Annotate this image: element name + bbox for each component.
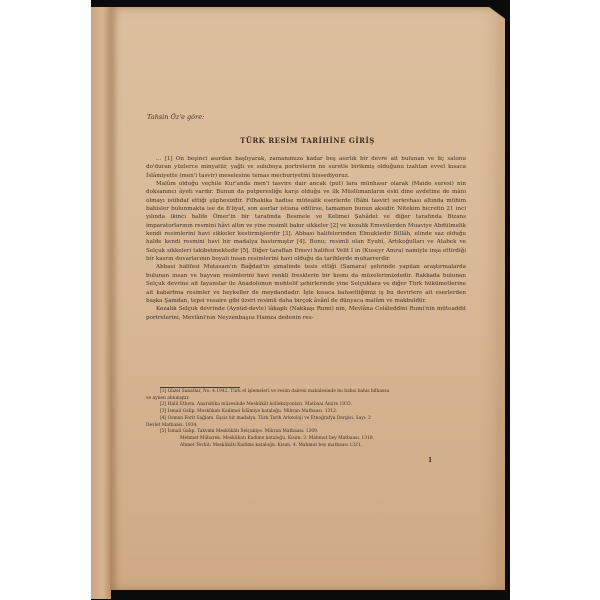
underlying-page-edge [91, 7, 111, 599]
footnote-5-sub-1: Mehmet Mübarek. Meskûkatı Kadime kataloğ… [146, 436, 466, 443]
paragraph: ... [1] On beşinci asırdan başlıyarak, z… [146, 155, 466, 180]
paragraph: Kezalik Selçuk devrinde (Aynüd-devle) lâ… [146, 305, 466, 322]
body-text: ... [1] On beşinci asırdan başlıyarak, z… [146, 155, 466, 322]
footnote-3: [3] İsmail Galip. Meskûkatı Kadimei İslâ… [146, 409, 466, 416]
page-title: TÜRK RESİM TARİHİNE GİRİŞ [110, 136, 505, 145]
footnotes: [1] Güzel Sanatlar, No. 4.1942. Türk el … [146, 389, 466, 449]
paragraph: Malûm olduğu veçhile Kur'anda men'i tasv… [146, 180, 466, 263]
page-number: 1 [428, 457, 432, 464]
footnote-divider [160, 387, 240, 388]
footnote-1: [1] Güzel Sanatlar, No. 4.1942. Türk el … [146, 389, 466, 396]
footnote-5-sub-2: Ahmet Tevhit: Meskûkâtı Kadime kataloğu.… [146, 443, 466, 450]
attribution: Tahsin Öz'e göre: [147, 113, 204, 121]
footnote-4: [4] Osman Ferit Sağlam. Eşsiz bir madaly… [146, 416, 466, 423]
footnote-5: [5] İsmail Galip. Takvimi Meskûkâtı Selç… [146, 429, 466, 436]
paragraph: Abbasi halifesi Mutasam'ın Bağdad'ın şim… [146, 263, 466, 305]
